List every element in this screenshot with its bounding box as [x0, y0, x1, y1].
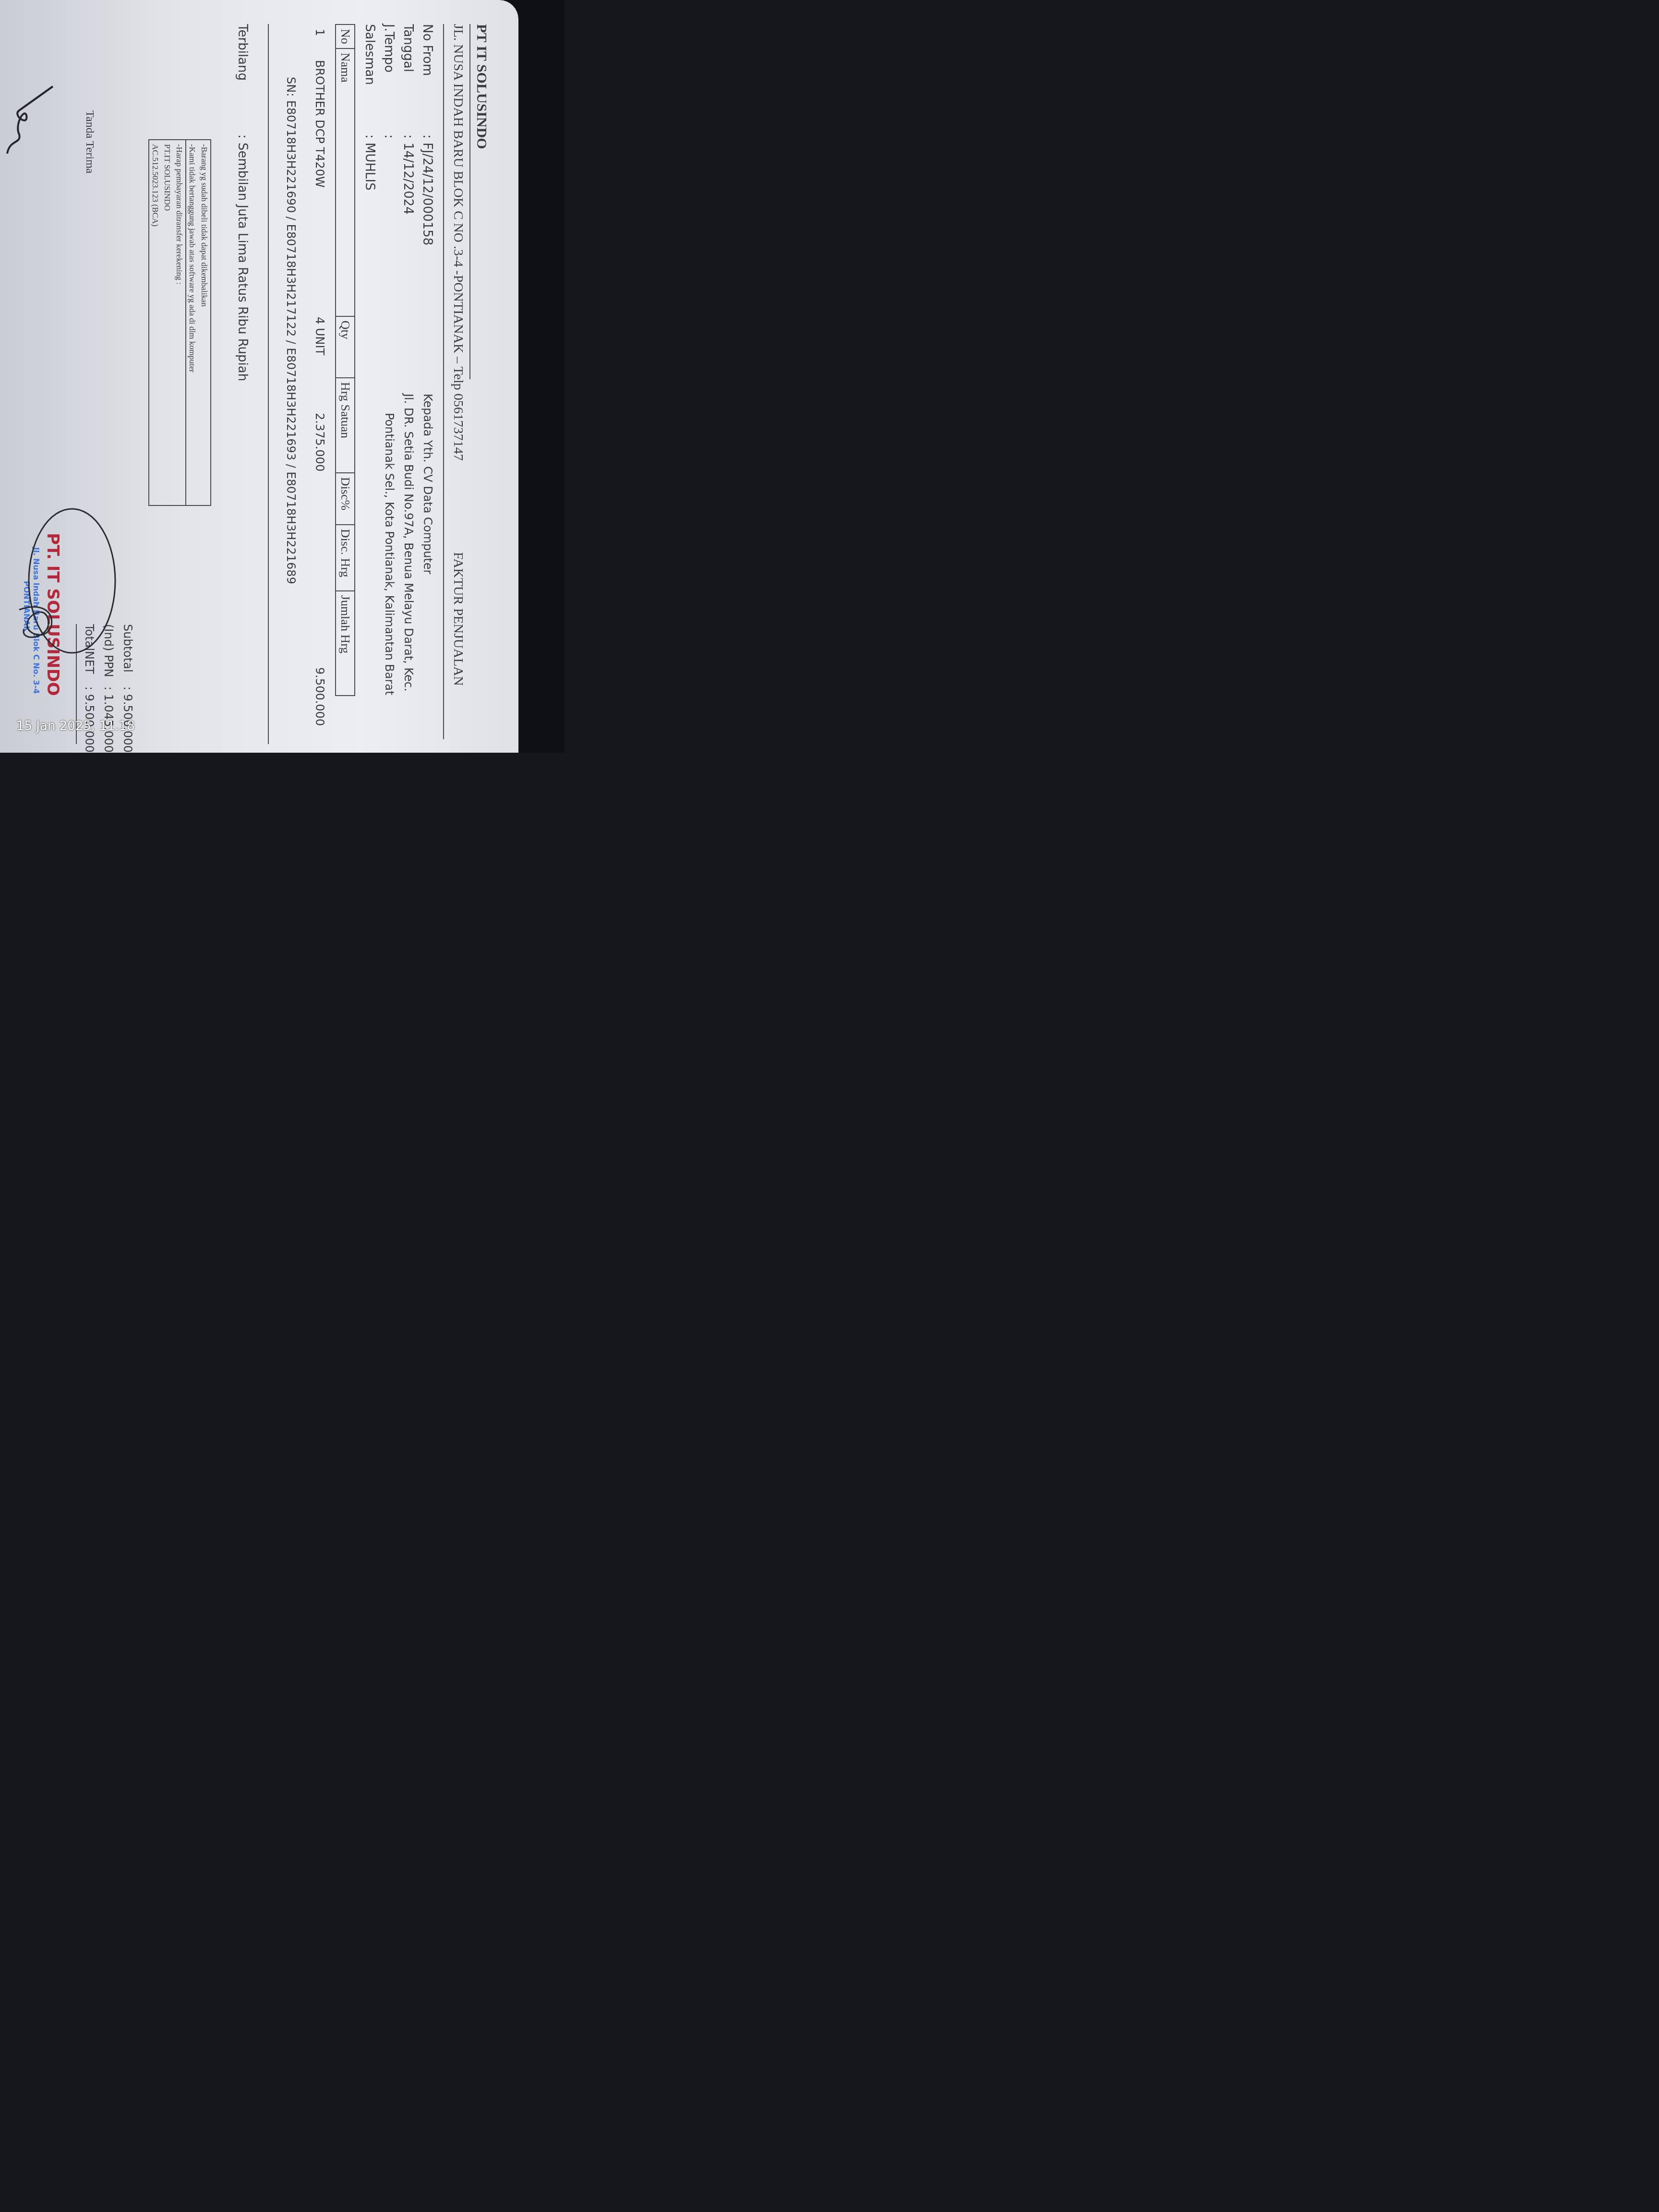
col-jumlah: Jumlah Hrg [336, 591, 355, 696]
items-header-row: No Nama Qty Hrg Satuan Disc% Disc. Hrg J… [336, 24, 355, 696]
terbilang-label: Terbilang [235, 24, 250, 81]
col-qty: Qty [336, 316, 355, 378]
note-2: -Kami tidak bertanggung jawab atas softw… [185, 140, 198, 505]
row-jumlah: 9.500.000 [313, 667, 326, 726]
row-qty: 4 UNIT [313, 317, 326, 355]
seller-signature-icon [14, 499, 130, 701]
items-table: No Nama Qty Hrg Satuan Disc% Disc. Hrg J… [335, 24, 355, 696]
meta-label-tanggal: Tanggal [401, 24, 415, 72]
col-nama: Nama [336, 48, 355, 316]
meta-value-jtempo: : [382, 134, 396, 139]
col-hrg-satuan: Hrg Satuan [336, 378, 355, 473]
row-hrg-satuan: 2.375.000 [313, 413, 326, 471]
terbilang-value: : Sembilan Juta Lima Ratus Ribu Rupiah [235, 134, 250, 381]
col-disc-hrg: Disc. Hrg [336, 525, 355, 591]
invoice-paper: PT IT SOLUSINDO JL. NUSA INDAH BARU BLOK… [0, 0, 518, 753]
note-5: AC.512.5023.123 (BCA) [149, 140, 161, 505]
meta-value-no-from: : FJ/24/12/000158 [420, 134, 434, 245]
note-3: -Harap pembayaran ditransfer kerekening … [173, 140, 185, 505]
meta-value-tanggal: : 14/12/2024 [401, 134, 415, 215]
receiver-signature-icon [5, 82, 62, 178]
note-1: -Barang yg sudah dibeli tidak dapat dike… [198, 140, 210, 505]
meta-label-salesman: Salesman [362, 24, 377, 85]
document-title: FAKTUR PENJUALAN [450, 552, 466, 686]
customer-address-2: Pontianak Sel., Kota Pontianak, Kalimant… [383, 413, 396, 695]
col-disc-pct: Disc% [336, 473, 355, 525]
company-address: JL. NUSA INDAH BARU BLOK C NO .3-4 -PONT… [450, 24, 466, 461]
invoice-page: PT IT SOLUSINDO JL. NUSA INDAH BARU BLOK… [0, 0, 518, 753]
col-no: No [336, 24, 355, 48]
serial-numbers: SN: E80718H3H221690 / E80718H3H217122 / … [284, 77, 298, 584]
row-no: 1 [313, 29, 326, 36]
meta-value-salesman: : MUHLIS [362, 134, 377, 191]
customer-address-1: Jl. DR. Setia Budi No.97A, Benua Melayu … [402, 394, 415, 692]
row-nama: BROTHER DCP T420W [313, 60, 326, 188]
company-name: PT IT SOLUSINDO [473, 24, 490, 149]
customer-name: Kepada Yth. CV Data Computer [421, 394, 434, 574]
notes-box: -Barang yg sudah dibeli tidak dapat dike… [148, 139, 211, 506]
meta-label-no-from: No From [420, 24, 434, 76]
meta-label-jtempo: J.Tempo [382, 24, 396, 72]
tanda-terima-label: Tanda Terima [83, 110, 96, 173]
photo-timestamp: 15 Jan 2025, 11.18 [16, 719, 135, 733]
company-stamp: PT. IT SOLUSINDO Jl. Nusa Indah Baru Blo… [24, 499, 120, 701]
note-4: PT.IT SOLUSINDO [161, 140, 173, 505]
